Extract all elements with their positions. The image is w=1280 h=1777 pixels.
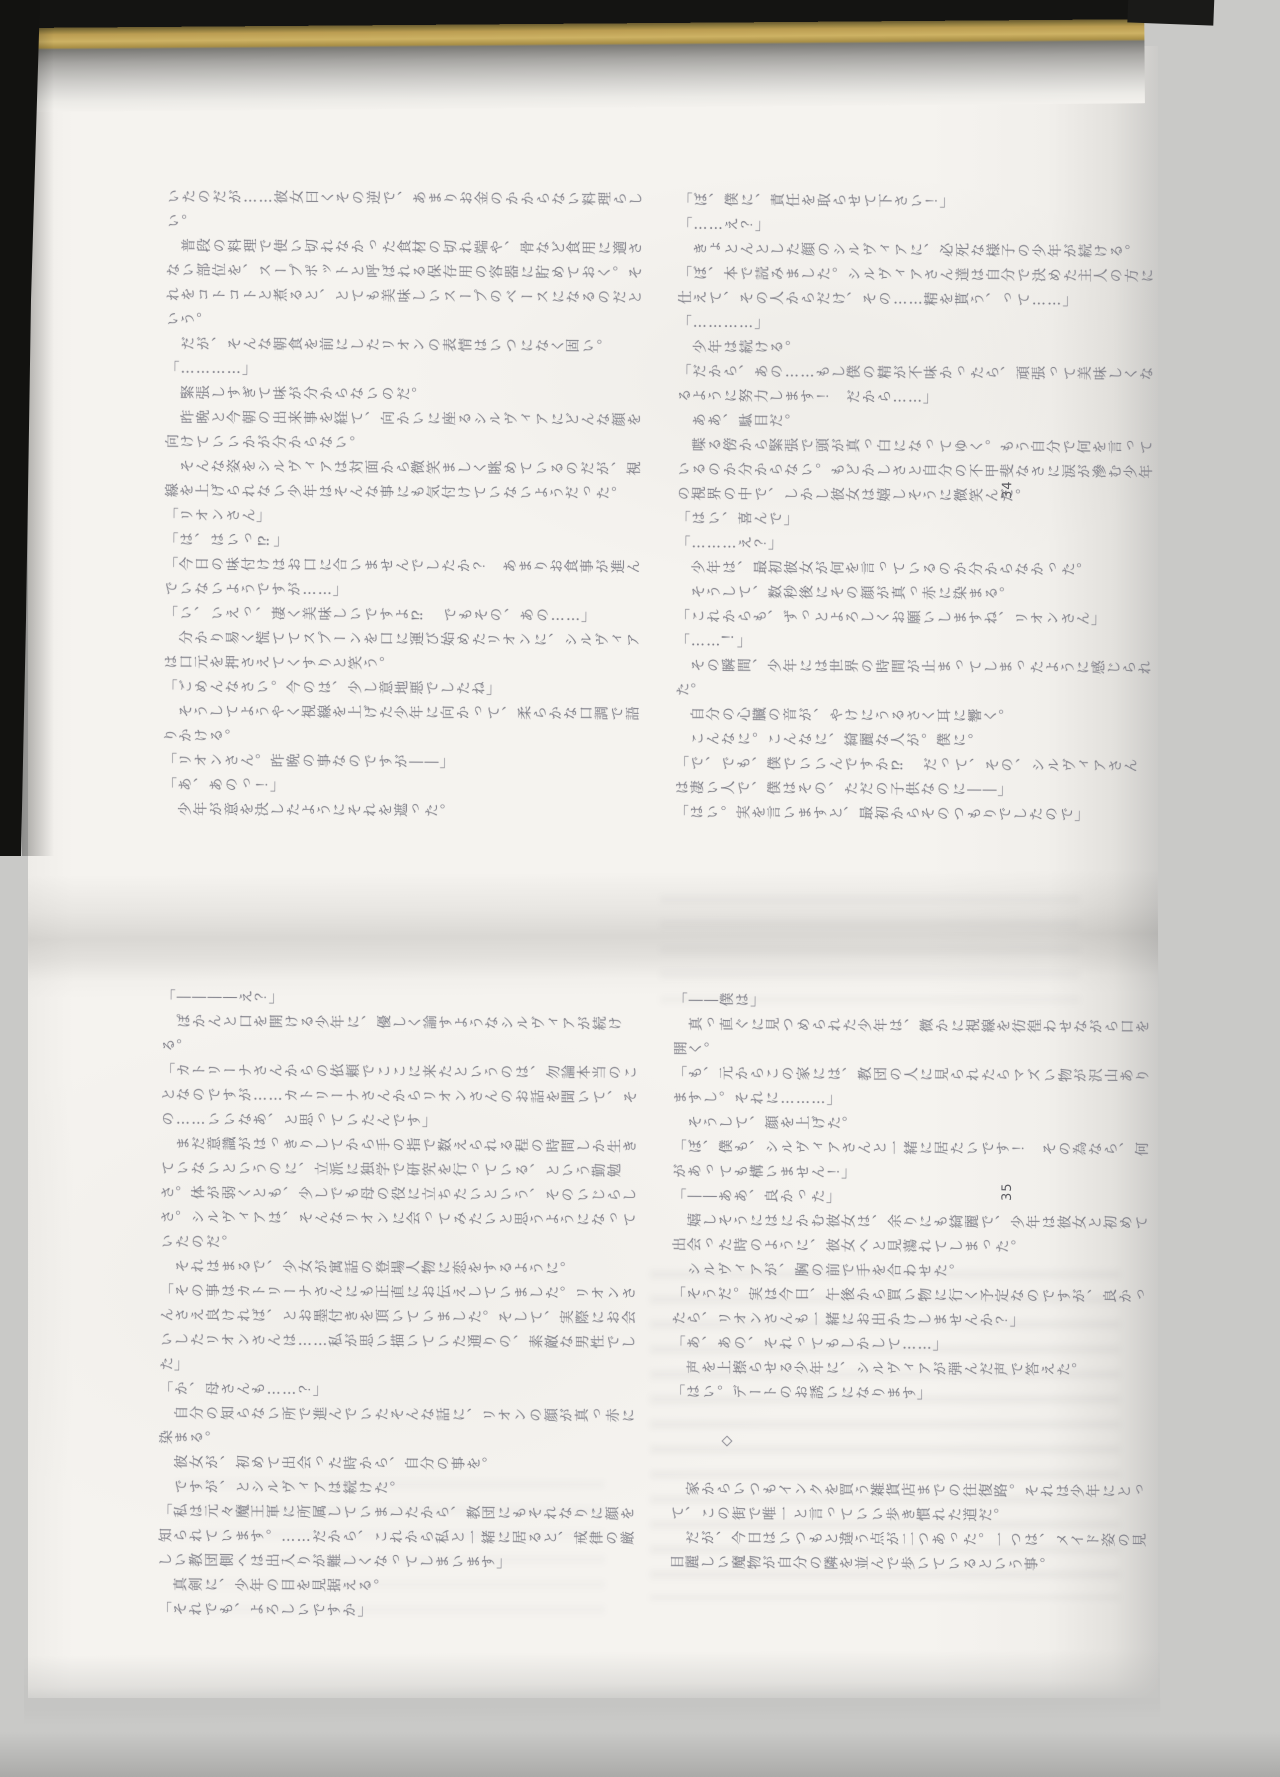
- paragraph: 「それでも、よろしいですか」: [158, 1598, 650, 1626]
- paragraph: 「そうだ。実は今日、午後から買い物に行く予定なのですが、良かったら、リオンさんも…: [671, 1282, 1149, 1334]
- paragraph: 「私は元々魔王軍に所属していましたから、教団にもそれなりに顔を知られています。……: [158, 1500, 650, 1577]
- paragraph: 「はい。デートのお誘いになります」: [671, 1380, 1149, 1407]
- paragraph: 「ぼ、僕も、シルヴィアさんと一緒に居たいです！ その為なら、何があっても構いませ…: [672, 1135, 1150, 1187]
- paragraph: 嬉しそうにはにかむ彼女は、余りにも綺麗で、少年は彼女と初めて出会った時のように、…: [672, 1209, 1150, 1261]
- paragraph: 真っ直ぐに見つめられた少年は、微かに視線を彷徨わせながら口を開く。: [673, 1013, 1151, 1065]
- paragraph: だが、今日はいつもと違う点が二つあった。一つは、メイド姿の見目麗しい魔物が自分の…: [670, 1526, 1148, 1578]
- page-35-section-2: 家からいつもインクを買う雑貨店までの往復路。それは少年にとって、この街で唯一と言…: [670, 1477, 1149, 1578]
- paragraph: 彼女が、初めて出会った時から、自分の事を。: [158, 1451, 650, 1479]
- page-35-text-column-second: 「――僕は」 真っ直ぐに見つめられた少年は、微かに視線を彷徨わせながら口を開く。…: [669, 988, 1151, 1631]
- paragraph: 「――――え？」: [161, 985, 653, 1013]
- paragraph: ぽかんと口を開ける少年に、優しく諭すようなシルヴィアが続ける。: [161, 1010, 653, 1062]
- paragraph: 「も、元からこの家には、教団の人に見られたらマズい物が沢山ありますし。それに………: [673, 1062, 1151, 1114]
- paragraph: 「か、母さんも……？」: [159, 1377, 651, 1405]
- paragraph: ですが、とシルヴィアは続けた。: [158, 1475, 650, 1503]
- paragraph: まだ意識がはっきりしてから手の指で数えられる程の時間しか生きていないというのに、…: [160, 1132, 653, 1258]
- paragraph: 「――僕は」: [673, 988, 1151, 1015]
- paragraph: 「その事はカトリーナさんにも正直にお伝えしていました。リオンさんさえ良ければ、と…: [159, 1279, 652, 1380]
- page-35-section-1: 「――僕は」 真っ直ぐに見つめられた少年は、微かに視線を彷徨わせながら口を開く。…: [671, 988, 1152, 1407]
- paragraph: 「カトリーナさんからの依頼でここに来たというのは、勿論本当のことなのですが……カ…: [161, 1059, 653, 1136]
- paragraph: 「あ、あの、それってもしかして……」: [671, 1331, 1149, 1358]
- page-35-text-column-first: 「――――え？」 ぽかんと口を開ける少年に、優しく諭すようなシルヴィアが続ける。…: [157, 985, 653, 1630]
- paragraph: そうして、顔を上げた。: [672, 1111, 1150, 1138]
- section-divider-diamond: ◇: [671, 1429, 1149, 1456]
- paragraph: 「――ああ、良かった」: [672, 1184, 1150, 1211]
- paragraph: 真剣に、少年の目を見据える。: [158, 1573, 650, 1601]
- page-number-35: 35: [1000, 1182, 1015, 1201]
- paragraph: 家からいつもインクを買う雑貨店までの往復路。それは少年にとって、この街で唯一と言…: [670, 1477, 1148, 1529]
- paragraph: 声を上擦らせる少年に、シルヴィアが弾んだ声で答えた。: [671, 1356, 1149, 1383]
- paragraph: シルヴィアが、胸の前で手を合わせた。: [672, 1258, 1150, 1285]
- page-35: 「――――え？」 ぽかんと口を開ける少年に、優しく諭すようなシルヴィアが続ける。…: [0, 0, 1280, 1777]
- scanned-book-spread: { "document": { "kind": "scanned Japanes…: [0, 0, 1280, 1777]
- paragraph: 自分の知らない所で進んでいたそんな話に、リオンの顔が真っ赤に染まる。: [159, 1402, 651, 1454]
- paragraph: それはまるで、少女が寓話の登場人物に恋をするように。: [160, 1255, 652, 1283]
